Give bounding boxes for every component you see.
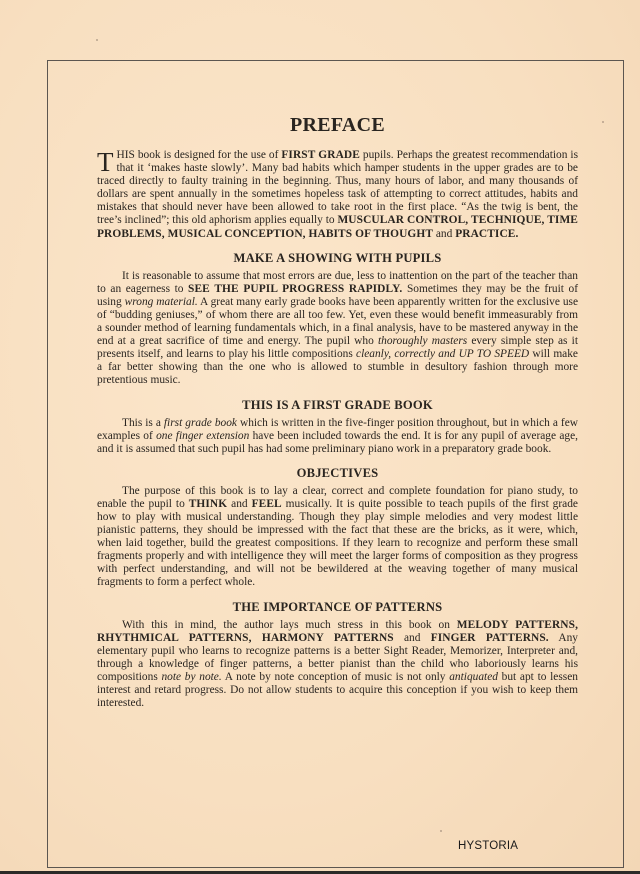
text-run: and — [433, 228, 455, 240]
emphasis-italic: antiquated — [449, 671, 498, 683]
text-run: and — [227, 498, 251, 510]
emphasis-caps: FEEL — [252, 498, 282, 510]
emphasis-caps: FIRST GRADE — [281, 149, 360, 161]
page-title: PREFACE — [97, 114, 578, 137]
watermark-label: HYSTORIA — [458, 840, 518, 852]
emphasis-italic: wrong material. — [125, 296, 198, 308]
section-paragraph: It is reasonable to assume that most err… — [97, 270, 578, 388]
emphasis-italic: first grade book — [164, 417, 237, 429]
emphasis-italic: thoroughly masters — [378, 335, 467, 347]
intro-text: HIS book is designed for the use of FIRS… — [97, 149, 578, 240]
document-body: PREFACE THIS book is designed for the us… — [97, 110, 578, 710]
section-paragraph: This is a first grade book which is writ… — [97, 417, 578, 456]
section-heading: OBJECTIVES — [97, 466, 578, 481]
emphasis-italic: note by note. — [161, 671, 221, 683]
intro-paragraph: THIS book is designed for the use of FIR… — [97, 149, 578, 241]
section-heading: MAKE A SHOWING WITH PUPILS — [97, 251, 578, 266]
emphasis-italic: one finger extension — [156, 430, 249, 442]
section-heading: THIS IS A FIRST GRADE BOOK — [97, 398, 578, 413]
text-run: A note by note conception of music is no… — [222, 671, 450, 683]
paper-speck — [96, 39, 98, 41]
section-make-a-showing: MAKE A SHOWING WITH PUPILS It is reasona… — [97, 251, 578, 388]
emphasis-caps: PRACTICE. — [455, 228, 518, 240]
emphasis-caps: THINK — [189, 498, 227, 510]
section-first-grade-book: THIS IS A FIRST GRADE BOOK This is a fir… — [97, 398, 578, 456]
text-run: musically. It is quite possible to teach… — [97, 498, 578, 589]
emphasis-italic: cleanly, correctly and UP TO SPEED — [356, 348, 529, 360]
section-objectives: OBJECTIVES The purpose of this book is t… — [97, 466, 578, 590]
text-run: This is a — [122, 417, 164, 429]
section-paragraph: With this in mind, the author lays much … — [97, 619, 578, 711]
text-run: and — [394, 632, 431, 644]
section-heading: THE IMPORTANCE OF PATTERNS — [97, 600, 578, 615]
drop-cap: T — [97, 151, 114, 173]
text-run: HIS book is designed for the use of — [117, 149, 282, 161]
section-importance-of-patterns: THE IMPORTANCE OF PATTERNS With this in … — [97, 600, 578, 711]
section-paragraph: The purpose of this book is to lay a cle… — [97, 485, 578, 590]
emphasis-caps: FINGER PATTERNS. — [431, 632, 549, 644]
emphasis-caps: SEE THE PUPIL PROGRESS RAPIDLY. — [188, 283, 402, 295]
text-run: With this in mind, the author lays much … — [122, 619, 457, 631]
